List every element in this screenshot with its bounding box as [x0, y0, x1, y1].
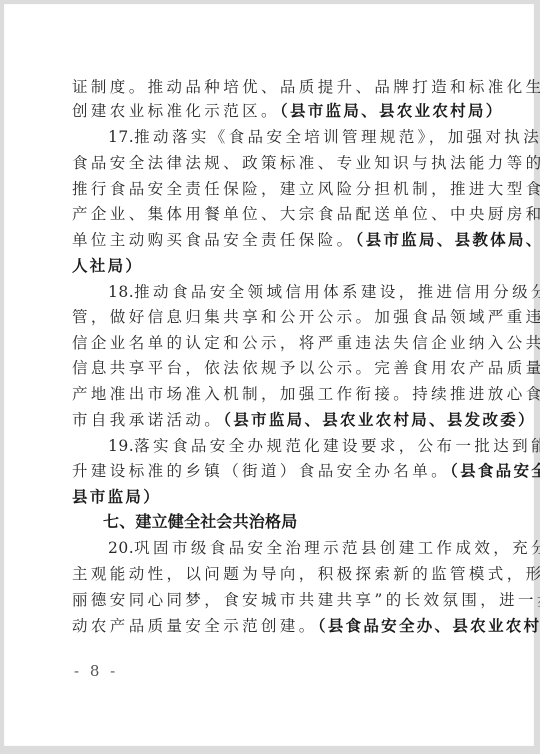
- text-line: 证制度。推动品种培优、品质提升、品牌打造和标准化生产，: [72, 77, 464, 97]
- document-page: 证制度。推动品种培优、品质提升、品牌打造和标准化生产， 创建农业标准化示范区。（…: [4, 4, 534, 746]
- text-line: 丽德安同心同梦，食安城市共建共享”的长效氛围，进一步推: [72, 590, 464, 610]
- item-number: 17.: [108, 128, 134, 146]
- item-19-line: 19.落实食品安全办规范化建设要求，公布一批达到能力提: [108, 436, 464, 456]
- item-number: 19.: [108, 437, 134, 455]
- text-line: 升建设标准的乡镇（街道）食品安全办名单。（县食品安全办、: [72, 461, 464, 481]
- item-number: 18.: [108, 283, 134, 301]
- text-line: 县市监局）: [72, 487, 464, 507]
- text-line: 产企业、集体用餐单位、大宗食品配送单位、中央厨房和配餐: [72, 204, 464, 224]
- item-20-line: 20.巩固市级食品安全治理示范县创建工作成效，充分发挥: [108, 538, 464, 558]
- text-line: 产地准出市场准入机制，加强工作衔接。持续推进放心食品超: [72, 384, 464, 404]
- responsible-agencies: （县市监局、县教体局、县: [356, 231, 540, 249]
- page-number: - 8 -: [74, 662, 118, 680]
- text-line: 管，做好信息归集共享和公开公示。加强食品领域严重违法失: [72, 307, 464, 327]
- responsible-agencies: （县市监局、县农业农村局、县发改委）: [223, 411, 536, 429]
- text-line: 信息共享平台，依法依规予以公示。完善食用农产品质量安全: [72, 358, 464, 378]
- text-line: 食品安全法律法规、政策标准、专业知识与执法能力等的培训。: [72, 153, 464, 173]
- text-line: 创建农业标准化示范区。（县市监局、县农业农村局）: [72, 101, 464, 121]
- item-18-line: 18.推动食品安全领域信用体系建设，推进信用分级分类监: [108, 282, 464, 302]
- item-number: 20.: [108, 539, 134, 557]
- responsible-agencies: 人社局）: [72, 257, 143, 275]
- text-line: 主观能动性，以问题为导向，积极探索新的监管模式，形成“美: [72, 564, 464, 584]
- section-heading: 七、建立健全社会共治格局: [103, 512, 297, 532]
- text-line: 推行食品安全责任保险，建立风险分担机制，推进大型食品生: [72, 179, 464, 199]
- text-line: 市自我承诺活动。（县市监局、县农业农村局、县发改委）: [72, 410, 464, 430]
- item-17-line: 17.推动落实《食品安全培训管理规范》，加强对执法人员: [108, 127, 464, 147]
- text-line: 动农产品质量安全示范创建。（县食品安全办、县农业农村局）: [72, 616, 464, 636]
- responsible-agencies: （县市监局、县农业农村局）: [280, 102, 504, 120]
- responsible-agencies: （县食品安全办、: [450, 462, 540, 480]
- responsible-agencies: 县市监局）: [72, 488, 161, 506]
- text-line: 单位主动购买食品安全责任保险。（县市监局、县教体局、县: [72, 230, 464, 250]
- text-line: 人社局）: [72, 256, 464, 276]
- text-line: 信企业名单的认定和公示，将严重违法失信企业纳入公共信用: [72, 333, 464, 353]
- responsible-agencies: （县食品安全办、县农业农村局）: [318, 617, 540, 635]
